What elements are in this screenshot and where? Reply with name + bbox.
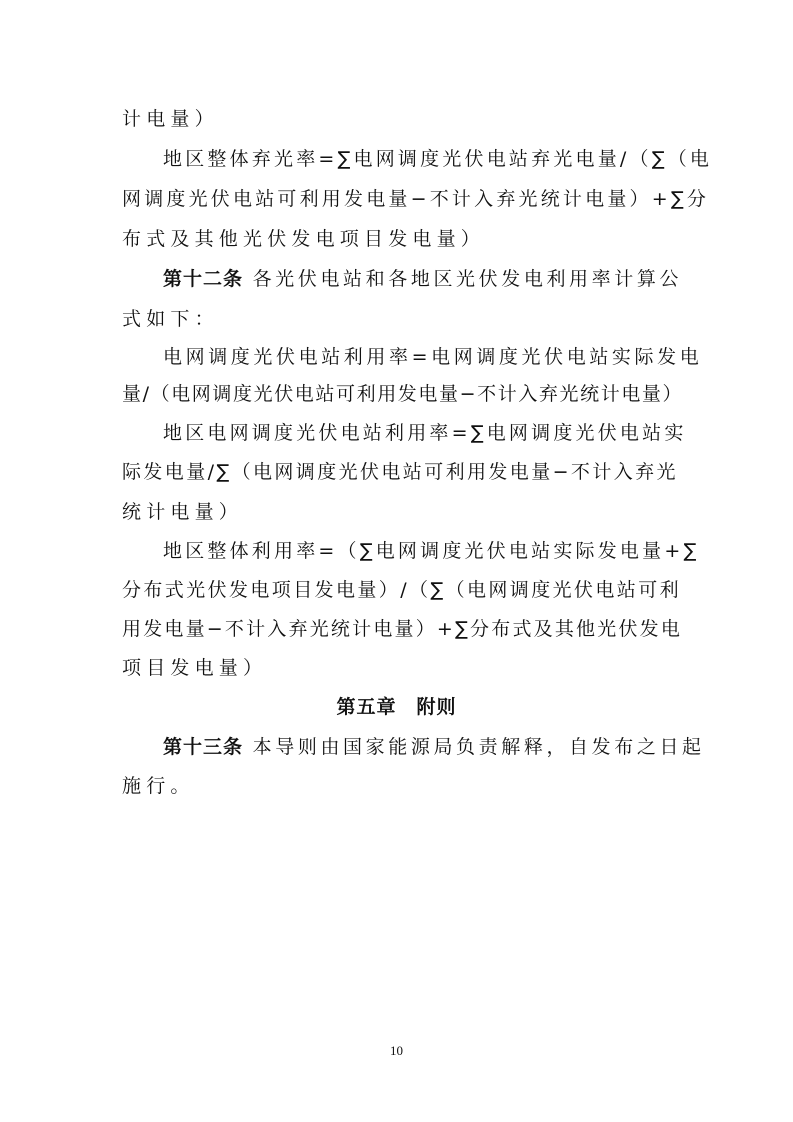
text-line: 分布式光伏发电项目发电量）/（∑（电网调度光伏电站可利 bbox=[122, 576, 682, 604]
text-line: 项目发电量） bbox=[122, 654, 682, 682]
article-13: 第十三条 本导则由国家能源局负责解释，自发布之日起 bbox=[163, 733, 723, 761]
page-number: 10 bbox=[0, 1043, 793, 1059]
text-line: 量/（电网调度光伏电站可利用发电量−不计入弃光统计电量） bbox=[122, 380, 682, 408]
text-line: 用发电量−不计入弃光统计电量）+∑分布式及其他光伏发电 bbox=[122, 615, 682, 643]
document-page: 计电量） 地区整体弃光率=∑电网调度光伏电站弃光电量/（∑（电 网调度光伏电站可… bbox=[0, 0, 793, 1122]
article-13-label: 第十三条 bbox=[163, 736, 243, 758]
text-line: 际发电量/∑（电网调度光伏电站可利用发电量−不计入弃光 bbox=[122, 458, 682, 486]
formula-station-utilization-rate: 电网调度光伏电站利用率=电网调度光伏电站实际发电 bbox=[163, 343, 723, 371]
text-line: 式如下： bbox=[122, 305, 682, 333]
text-line: 网调度光伏电站可利用发电量−不计入弃光统计电量）+∑分 bbox=[122, 185, 682, 213]
article-12-label: 第十二条 bbox=[163, 268, 243, 290]
text-line: 施行。 bbox=[122, 772, 682, 800]
formula-overall-utilization-rate: 地区整体利用率=（∑电网调度光伏电站实际发电量+∑ bbox=[163, 537, 723, 565]
article-13-text: 本导则由国家能源局负责解释，自发布之日起 bbox=[243, 736, 705, 758]
text-line: 统计电量） bbox=[122, 498, 682, 526]
text-line: 布式及其他光伏发电项目发电量） bbox=[122, 225, 682, 253]
article-12: 第十二条 各光伏电站和各地区光伏发电利用率计算公 bbox=[163, 265, 723, 293]
formula-overall-curtailment-rate: 地区整体弃光率=∑电网调度光伏电站弃光电量/（∑（电 bbox=[163, 145, 723, 173]
formula-regional-station-utilization-rate: 地区电网调度光伏电站利用率=∑电网调度光伏电站实 bbox=[163, 419, 723, 447]
text-line: 计电量） bbox=[122, 105, 682, 133]
chapter-heading: 第五章 附则 bbox=[0, 693, 793, 721]
article-12-text: 各光伏电站和各地区光伏发电利用率计算公 bbox=[243, 268, 682, 290]
